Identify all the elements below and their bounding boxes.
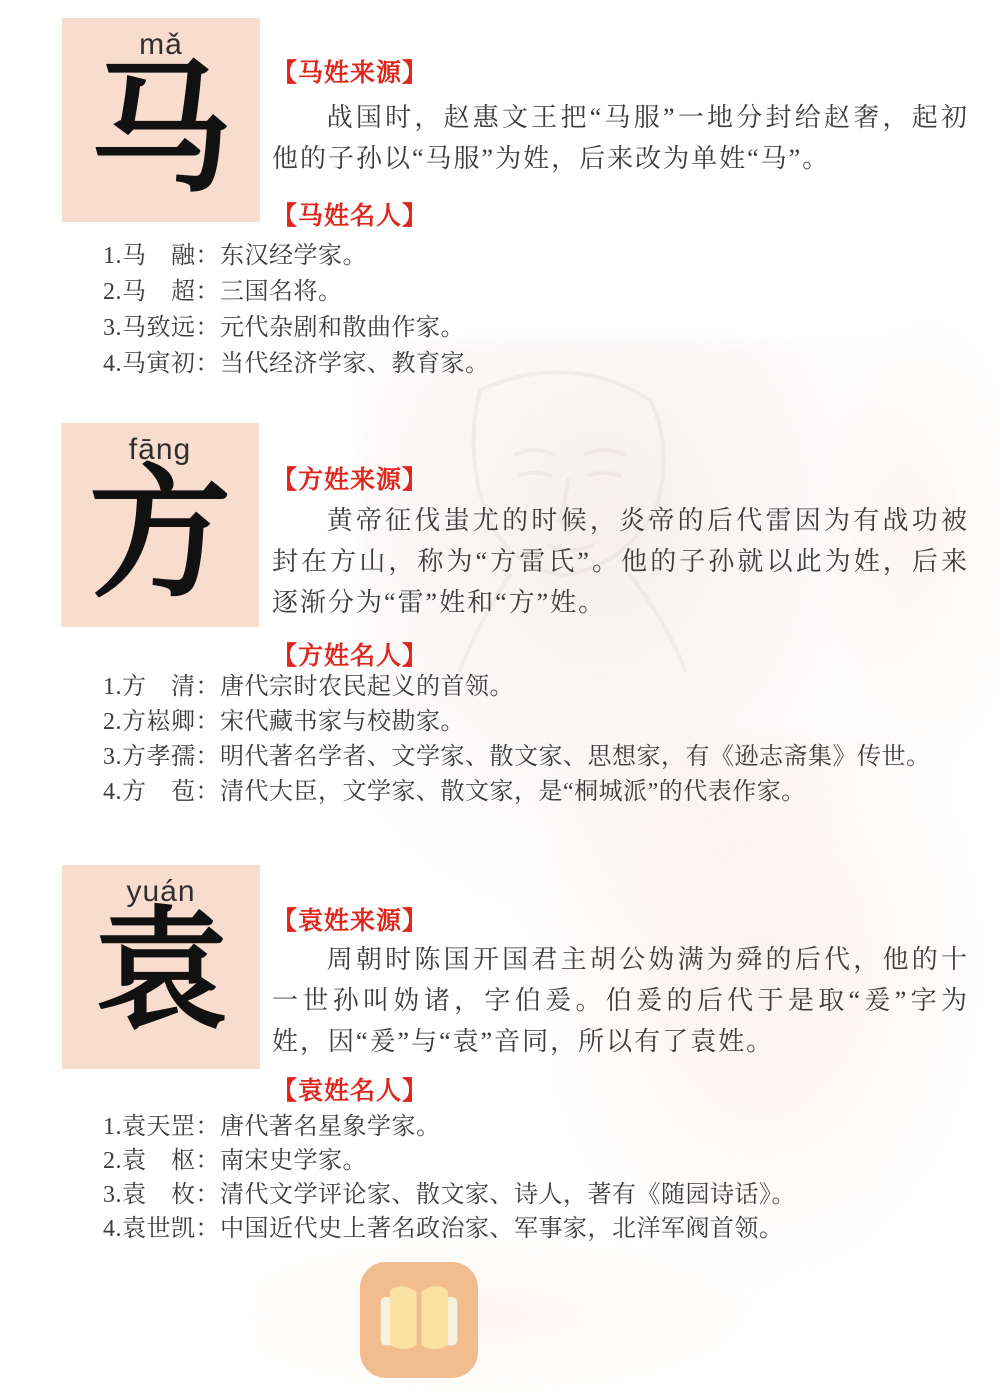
celebrity-item: 3.方孝孺：明代著名学者、文学家、散文家、思想家，有《逊志斋集》传世。 [103,740,983,775]
section-yuan-character-box: yuán 袁 [62,865,260,1069]
surname-character: 方 [89,463,231,608]
celebrities-heading: 【马姓名人】 [272,196,428,232]
footer-badge [360,1262,478,1378]
section-fang-character-box: fāng 方 [61,423,259,627]
celebrities-heading: 【方姓名人】 [272,636,428,672]
background-wash [360,340,960,960]
celebrity-item: 4.袁世凯：中国近代史上著名政治家、军事家，北洋军阀首领。 [103,1212,983,1246]
celebrity-item: 3.马致远：元代杂剧和散曲作家。 [103,310,983,346]
origin-heading: 【袁姓来源】 [272,901,428,937]
celebrities-list: 1.方 清：唐代宗时农民起义的首领。 2.方崧卿：宋代藏书家与校勘家。 3.方孝… [103,670,983,810]
section-ma-character-box: mǎ 马 [62,18,260,222]
celebrity-item: 1.马 融：东汉经学家。 [103,238,983,274]
surname-character: 马 [90,58,232,203]
celebrities-list: 1.马 融：东汉经学家。 2.马 超：三国名将。 3.马致远：元代杂剧和散曲作家… [103,238,983,382]
origin-paragraph: 黄帝征伐蚩尤的时候，炎帝的后代雷因为有战功被封在方山，称为“方雷氏”。他的子孙就… [272,500,969,623]
celebrity-item: 1.方 清：唐代宗时农民起义的首领。 [103,670,983,705]
open-book-icon [369,1272,469,1368]
celebrity-item: 3.袁 枚：清代文学评论家、散文家、诗人，著有《随园诗话》。 [103,1178,983,1212]
origin-paragraph: 战国时，赵惠文王把“马服”一地分封给赵奢，起初他的子孙以“马服”为姓，后来改为单… [272,97,969,179]
origin-paragraph: 周朝时陈国开国君主胡公妫满为舜的后代，他的十一世孙叫妫诸，字伯爰。伯爰的后代于是… [272,939,969,1062]
celebrities-list: 1.袁天罡：唐代著名星象学家。 2.袁 枢：南宋史学家。 3.袁 枚：清代文学评… [103,1110,983,1246]
celebrity-item: 4.方 苞：清代大臣，文学家、散文家，是“桐城派”的代表作家。 [103,775,983,810]
origin-heading: 【马姓来源】 [272,53,428,89]
celebrity-item: 2.袁 枢：南宋史学家。 [103,1144,983,1178]
origin-heading: 【方姓来源】 [272,460,428,496]
celebrity-item: 4.马寅初：当代经济学家、教育家。 [103,346,983,382]
celebrities-heading: 【袁姓名人】 [272,1071,428,1107]
background-wash [250,1230,770,1393]
celebrity-item: 2.方崧卿：宋代藏书家与校勘家。 [103,705,983,740]
celebrity-item: 1.袁天罡：唐代著名星象学家。 [103,1110,983,1144]
celebrity-item: 2.马 超：三国名将。 [103,274,983,310]
surname-character: 袁 [95,905,227,1040]
page: mǎ 马 【马姓来源】 战国时，赵惠文王把“马服”一地分封给赵奢，起初他的子孙以… [0,0,1000,1393]
